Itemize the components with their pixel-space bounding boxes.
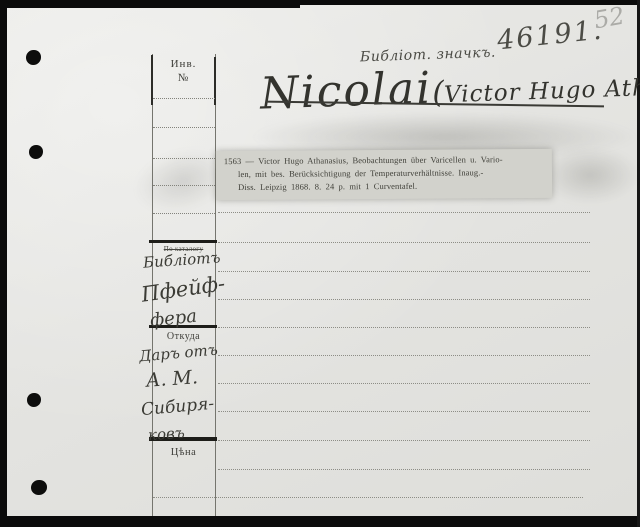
clipping-line-1: 1563 — Victor Hugo Athanasius, Beobachtu… (224, 153, 546, 168)
ruled-line (218, 327, 590, 328)
catalog-card-scan: Инв. № По каталогу Откуда Цѣна 52 46191.… (0, 0, 640, 527)
ruled-line (218, 440, 590, 441)
ruled-line (153, 497, 583, 498)
inventory-label-line2: № (152, 71, 215, 85)
punch-hole (26, 50, 41, 65)
inventory-label-line1: Инв. (152, 57, 215, 71)
origin-entry-line: ковъ (147, 424, 185, 445)
pasted-bibliography-clipping: 1563 — Victor Hugo Athanasius, Beobachtu… (216, 149, 552, 200)
accession-number: 46191. (496, 15, 605, 57)
punch-hole (27, 393, 41, 407)
section-divider (149, 240, 217, 243)
ruled-line (218, 242, 590, 243)
ruled-line (153, 127, 215, 128)
punch-hole (29, 145, 43, 159)
ruled-line (218, 469, 590, 470)
smudge-shadow (540, 146, 640, 204)
heading-open-paren: ( (432, 75, 445, 110)
ruled-line (218, 212, 590, 213)
ruled-line (153, 98, 215, 99)
ruled-line (218, 411, 590, 412)
price-label: Цѣна (152, 447, 215, 458)
card-heading: Nicolai(Victor Hugo Athanasius) (259, 51, 640, 119)
heading-surname: Nicolai (259, 63, 433, 120)
origin-entry-line: А. М. (145, 366, 198, 392)
origin-entry-line: Даръ отъ (138, 341, 218, 366)
ruled-line (218, 271, 590, 272)
inventory-number-label: Инв. № (152, 57, 215, 86)
punch-hole (31, 480, 47, 495)
ruled-line (218, 299, 590, 300)
ruled-line (153, 185, 215, 186)
ruled-line (153, 158, 215, 159)
origin-label: Откуда (152, 331, 215, 342)
scan-edge-left (0, 0, 7, 527)
scan-edge-bottom (0, 516, 640, 527)
ruled-line (218, 355, 590, 356)
scan-edge-top-left (0, 0, 300, 8)
clipping-line-3: Diss. Leipzig 1868. 8. 24 p. mit 1 Curve… (224, 179, 546, 194)
ruled-line (153, 213, 215, 214)
ruled-line (218, 383, 590, 384)
